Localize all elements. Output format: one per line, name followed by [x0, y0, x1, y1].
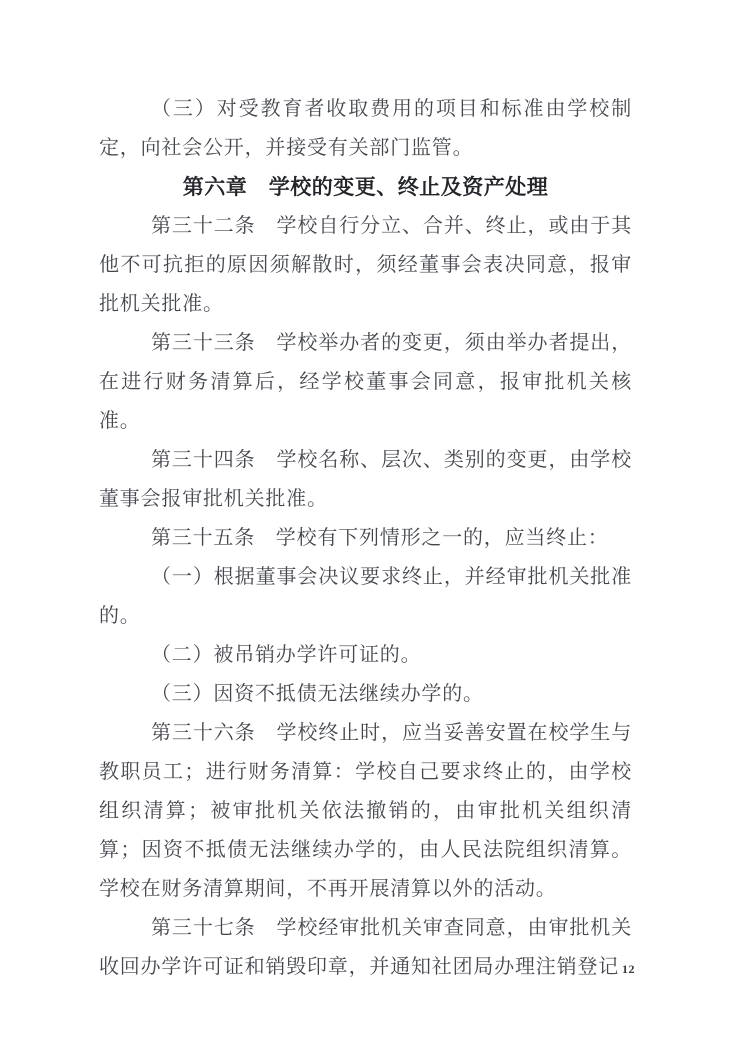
paragraph-article-32: 第三十二条 学校自行分立、合并、终止，或由于其他不可抗拒的原因须解散时，须经董事… [99, 207, 632, 324]
paragraph-item-2: （二）被吊销办学许可证的。 [99, 636, 632, 675]
page-number: 12 [622, 962, 635, 977]
paragraph-article-35: 第三十五条 学校有下列情形之一的，应当终止： [99, 519, 632, 558]
paragraph-article-36: 第三十六条 学校终止时，应当妥善安置在校学生与教职员工；进行财务清算：学校自己要… [99, 714, 632, 909]
document-page: （三）对受教育者收取费用的项目和标准由学校制定，向社会公开，并接受有关部门监管。… [0, 0, 749, 1061]
paragraph-fee-item: （三）对受教育者收取费用的项目和标准由学校制定，向社会公开，并接受有关部门监管。 [99, 90, 632, 168]
paragraph-item-3: （三）因资不抵债无法继续办学的。 [99, 675, 632, 714]
paragraph-article-34: 第三十四条 学校名称、层次、类别的变更，由学校董事会报审批机关批准。 [99, 441, 632, 519]
paragraph-article-37: 第三十七条 学校经审批机关审查同意，由审批机关收回办学许可证和销毁印章，并通知社… [99, 909, 632, 987]
paragraph-article-33: 第三十三条 学校举办者的变更，须由举办者提出，在进行财务清算后，经学校董事会同意… [99, 324, 632, 441]
chapter-heading: 第六章 学校的变更、终止及资产处理 [99, 168, 632, 207]
document-body: （三）对受教育者收取费用的项目和标准由学校制定，向社会公开，并接受有关部门监管。… [99, 90, 632, 987]
paragraph-item-1: （一）根据董事会决议要求终止，并经审批机关批准的。 [99, 558, 632, 636]
